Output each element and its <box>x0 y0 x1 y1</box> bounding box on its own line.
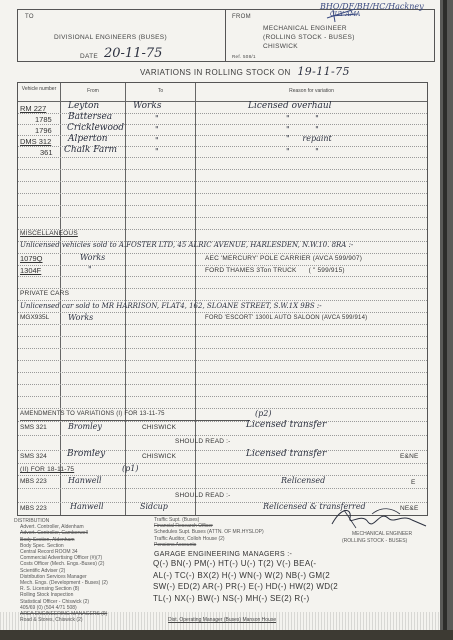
rule <box>18 288 427 289</box>
to-garage: " <box>155 114 159 123</box>
column-header-to: To <box>126 88 195 94</box>
from-label: FROM <box>232 14 251 20</box>
rule <box>18 276 427 277</box>
title-text: VARIATIONS IN ROLLING STOCK ON <box>140 68 291 77</box>
memo-header: TO DIVISIONAL ENGINEERS (BUSES) DATE 20-… <box>17 9 435 62</box>
reason: Licensed transfer <box>246 449 326 459</box>
amendments-page-ref: (p2) <box>255 409 271 418</box>
rule <box>18 193 427 194</box>
scan-bottom-edge <box>0 630 453 640</box>
column-header-from: From <box>61 88 125 94</box>
rule <box>18 336 427 337</box>
scribble-mark-icon <box>325 6 360 24</box>
rule <box>18 217 427 218</box>
vehicle-number: SMS 324 <box>20 453 47 460</box>
from-garage: Bromley <box>68 422 102 431</box>
from-garage: Battersea <box>68 112 112 122</box>
to-garage: CHISWICK <box>142 453 176 460</box>
title-date: 19-11-75 <box>297 65 350 78</box>
column-header-vehicle: Vehicle number <box>18 86 60 92</box>
miscellaneous-note: Unlicensed vehicles sold to A.FOSTER LTD… <box>20 241 353 249</box>
rule <box>18 488 427 489</box>
rule <box>18 463 427 464</box>
vehicle-description: FORD 'ESCORT' 1300L AUTO SALOON (AVCA 59… <box>205 315 367 321</box>
to-label: TO <box>25 14 34 20</box>
rule <box>18 181 427 182</box>
reason: " " <box>286 147 319 156</box>
rule <box>18 396 427 397</box>
garage-row: AL(-) TC(-) BX(2) H(-) WN(-) W(2) NB(-) … <box>153 570 338 582</box>
to-garage: Sidcup <box>140 502 168 511</box>
rule <box>18 384 427 385</box>
section-heading-second: (II) FOR 18-11-75 <box>20 466 74 473</box>
distribution-item: Schedules Supt. Buses (ATTN. OF MR.HYSLO… <box>154 529 264 535</box>
document-title: VARIATIONS IN ROLLING STOCK ON 19-11-75 <box>140 65 350 78</box>
reason: Licensed transfer <box>246 420 326 430</box>
rule <box>18 348 427 349</box>
section-heading-amendments: AMENDMENTS TO VARIATIONS (I) FOR 13-11-7… <box>20 411 165 417</box>
vehicle-number: 1079Q <box>20 254 43 263</box>
rule <box>18 265 427 266</box>
vehicle-number: 1796 <box>35 126 52 135</box>
signature-title-line-1: MECHANICAL ENGINEER <box>352 531 412 537</box>
from-garage: " <box>88 265 92 274</box>
vehicle-number: 1304F <box>20 266 41 275</box>
should-read-label: SHOULD READ :- <box>175 492 231 499</box>
from-garage: Chalk Farm <box>64 145 117 155</box>
scan-edge-strip <box>440 0 453 640</box>
column-header-reason: Reason for variation <box>196 88 427 94</box>
rule <box>18 408 427 409</box>
signature-scribble-icon <box>322 504 432 532</box>
vehicle-number: SMS 321 <box>20 424 47 431</box>
garage-row: SW(-) ED(2) AR(-) PR(-) E(-) HD(-) HW(2)… <box>153 581 338 593</box>
from-garage: Hanwell <box>68 476 102 485</box>
reference-number: Ref. 508/1 <box>232 54 256 59</box>
signature-title-line-2: (ROLLING STOCK - BUSES) <box>342 538 407 544</box>
distribution-item: Costs Officer (Mech. Engs.-Buses) (2) <box>20 561 108 567</box>
rule <box>18 169 427 170</box>
to-garage: " <box>155 136 159 145</box>
rule <box>18 435 427 436</box>
reason: Relicensed <box>281 476 325 485</box>
to-recipient: DIVISIONAL ENGINEERS (BUSES) <box>54 34 167 41</box>
second-page-ref: (p1) <box>122 464 138 473</box>
distribution-list-middle: Traffic Supt. (Buses) Financial Research… <box>154 517 264 548</box>
reason: " " <box>286 125 319 134</box>
garage-row: Q(-) BN(-) PM(-) HT(-) U(-) T(2) V(-) BE… <box>153 558 338 570</box>
from-garage: Cricklewood <box>67 123 124 133</box>
date-label: DATE <box>80 53 98 60</box>
document-page: TO DIVISIONAL ENGINEERS (BUSES) DATE 20-… <box>0 0 440 632</box>
vehicle-number: 361 <box>40 148 53 157</box>
to-garage: " <box>155 125 159 134</box>
from-garage: Bromley <box>67 449 105 459</box>
distribution-item-struck: Pensions Accounts <box>154 542 264 548</box>
vehicle-number: MBS 223 <box>20 505 47 512</box>
to-garage: CHISWICK <box>142 424 176 431</box>
from-garage: Works <box>68 313 93 322</box>
area-code: E&NE <box>400 453 419 460</box>
private-cars-note: Unlicensed car sold to MR HARRISON, FLAT… <box>20 302 322 310</box>
from-garage: Alperton <box>68 134 108 144</box>
header-divider <box>225 10 226 61</box>
from-garage: Hanwell <box>70 502 104 511</box>
section-heading-miscellaneous: MISCELLANEOUS <box>20 230 78 237</box>
vehicle-description: AEC 'MERCURY' POLE CARRIER (AVCA 599/907… <box>205 255 362 262</box>
from-line-1: MECHANICAL ENGINEER <box>263 25 347 32</box>
rule <box>18 300 427 301</box>
vehicle-number: MGX935L <box>20 314 49 321</box>
reason: " repaint <box>286 134 332 143</box>
reason: Licensed overhaul <box>248 101 332 111</box>
rule <box>18 372 427 373</box>
garage-row: TL(-) NX(-) BW(-) NS(-) MH(-) SE(2) R(-) <box>153 593 338 605</box>
rule <box>18 324 427 325</box>
area-code: E <box>411 479 416 486</box>
amendments-underline <box>20 420 250 421</box>
from-line-2: (ROLLING STOCK - BUSES) <box>263 34 355 41</box>
garage-managers-grid: Q(-) BN(-) PM(-) HT(-) U(-) T(2) V(-) BE… <box>153 558 338 604</box>
rule <box>18 205 427 206</box>
distribution-list: DISTRIBUTION Advert. Controller, Aldenha… <box>14 518 108 623</box>
from-garage: Leyton <box>68 101 99 111</box>
vehicle-number: DMS 312 <box>20 137 51 146</box>
rule <box>18 360 427 361</box>
vehicle-number: MBS 223 <box>20 478 47 485</box>
scan-edge-shadow <box>443 0 447 640</box>
photocopy-noise <box>0 612 440 630</box>
from-line-3: CHISWICK <box>263 43 298 50</box>
to-garage: Works <box>133 101 161 111</box>
from-garage: Works <box>80 253 105 262</box>
vehicle-number: 1785 <box>35 115 52 124</box>
vehicle-number: RM 227 <box>20 104 46 113</box>
reason: " " <box>286 114 319 123</box>
rule <box>18 157 427 158</box>
to-garage: " <box>155 147 159 156</box>
vehicle-description: FORD THAMES 3Ton TRUCK ( " 599/915) <box>205 267 345 274</box>
section-heading-private-cars: PRIVATE CARS <box>20 290 69 297</box>
rule <box>18 229 427 230</box>
should-read-label: SHOULD READ :- <box>175 438 231 445</box>
date-value: 20-11-75 <box>104 46 162 61</box>
variations-table: Vehicle number From To Reason for variat… <box>17 82 428 516</box>
